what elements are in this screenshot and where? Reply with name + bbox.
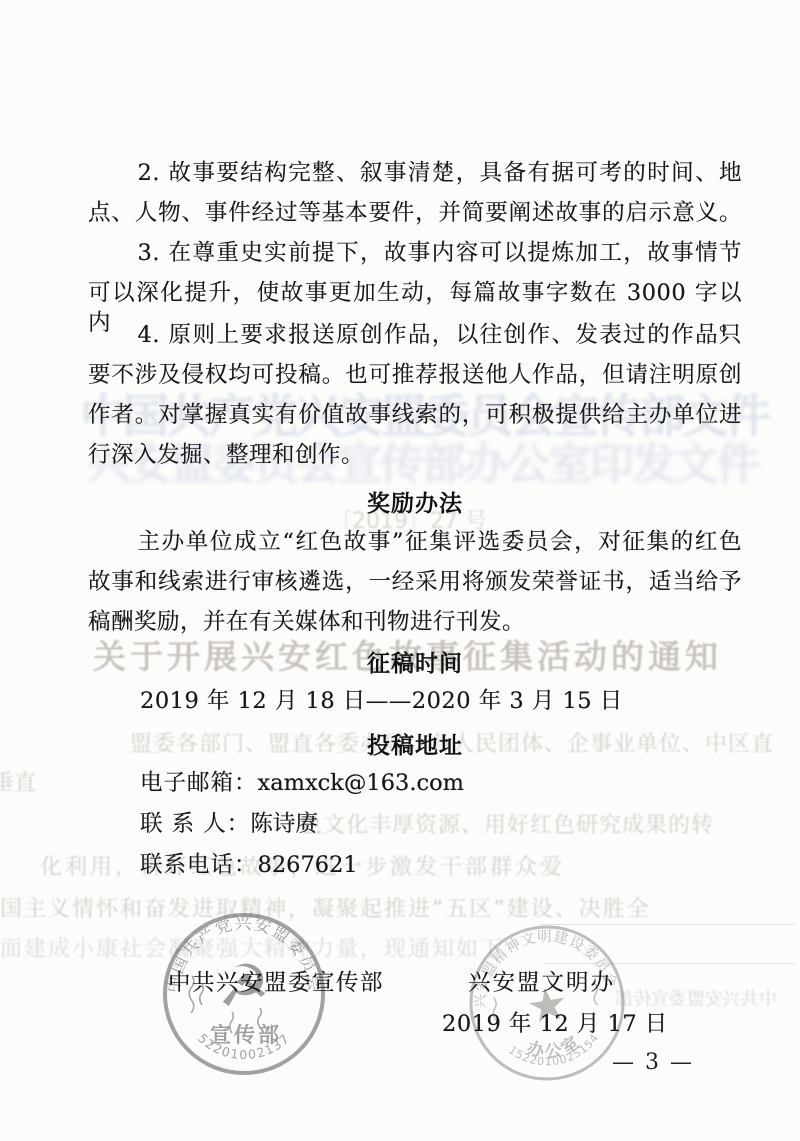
person-value: 陈诗赓 — [250, 811, 318, 837]
submission-period: 2019 年 12 月 18 日——2020 年 3 月 15 日 — [140, 683, 623, 715]
bleed-through-text: 色文化丰厚资源、用好红色研究成果的转 — [300, 808, 714, 839]
body-line: 点、人物、事件经过等基本要件，并简要阐述故事的启示意义。 — [88, 198, 742, 228]
body-line: 2. 故事要结构完整、叙事清楚，具备有据可考的时间、地 — [88, 158, 742, 188]
contact-email-line: 电子邮箱：xamxck@163.com — [140, 765, 464, 797]
section-heading-reward: 奖励办法 — [88, 485, 742, 518]
body-line: 4. 原则上要求报送原创作品，以往创作、发表过的作品只 — [88, 320, 742, 350]
star-icon: ★ — [523, 975, 572, 1035]
email-label: 电子邮箱： — [140, 770, 258, 796]
scanned-notice-page: 中国共产党兴安盟委员会宣传部文件 兴安盟委员会宣传部办公室印发文件 〔2019〕… — [0, 0, 800, 1141]
contact-person-line: 联 系 人：陈诗赓 — [140, 806, 318, 838]
body-line: 3. 在尊重史实前提下，故事内容可以提炼加工，故事情节 — [88, 238, 742, 268]
body-line: 稿酬奖励，并在有关媒体和刊物进行刊发。 — [88, 607, 742, 637]
bleed-through-text: 垂直 — [0, 766, 36, 797]
contact-phone-line: 联系电话：8267621 — [140, 847, 358, 879]
body-line: 要不涉及侵权均可投稿。也可推荐报送他人作品，但请注明原创 — [88, 360, 742, 390]
person-label: 联 系 人： — [140, 811, 250, 837]
body-line: 主办单位成立“红色故事”征集评选委员会，对征集的红色 — [88, 527, 742, 557]
section-heading-address: 投稿地址 — [88, 727, 742, 760]
body-line: 故事和线索进行审核遴选，一经采用将颁发荣誉证书，适当给予 — [88, 567, 742, 597]
section-heading-time: 征稿时间 — [88, 645, 742, 678]
body-line: 作者。对掌握真实有价值故事线索的，可积极提供给主办单位进 — [88, 400, 742, 430]
phone-value: 8267621 — [258, 852, 358, 878]
official-seal-left: 中国共产党兴安盟委员会 ☭ 宣传部 1522010021377 — [156, 906, 332, 1082]
email-value: xamxck@163.com — [258, 770, 464, 796]
hammer-sickle-icon: ☭ — [218, 952, 270, 1020]
official-seal-right: 兴安盟精神文明建设委员会 ★ 办公室 1522010025154 — [450, 906, 645, 1101]
body-line: 行深入发掘、整理和创作。 — [88, 440, 742, 470]
phone-label: 联系电话： — [140, 852, 258, 878]
